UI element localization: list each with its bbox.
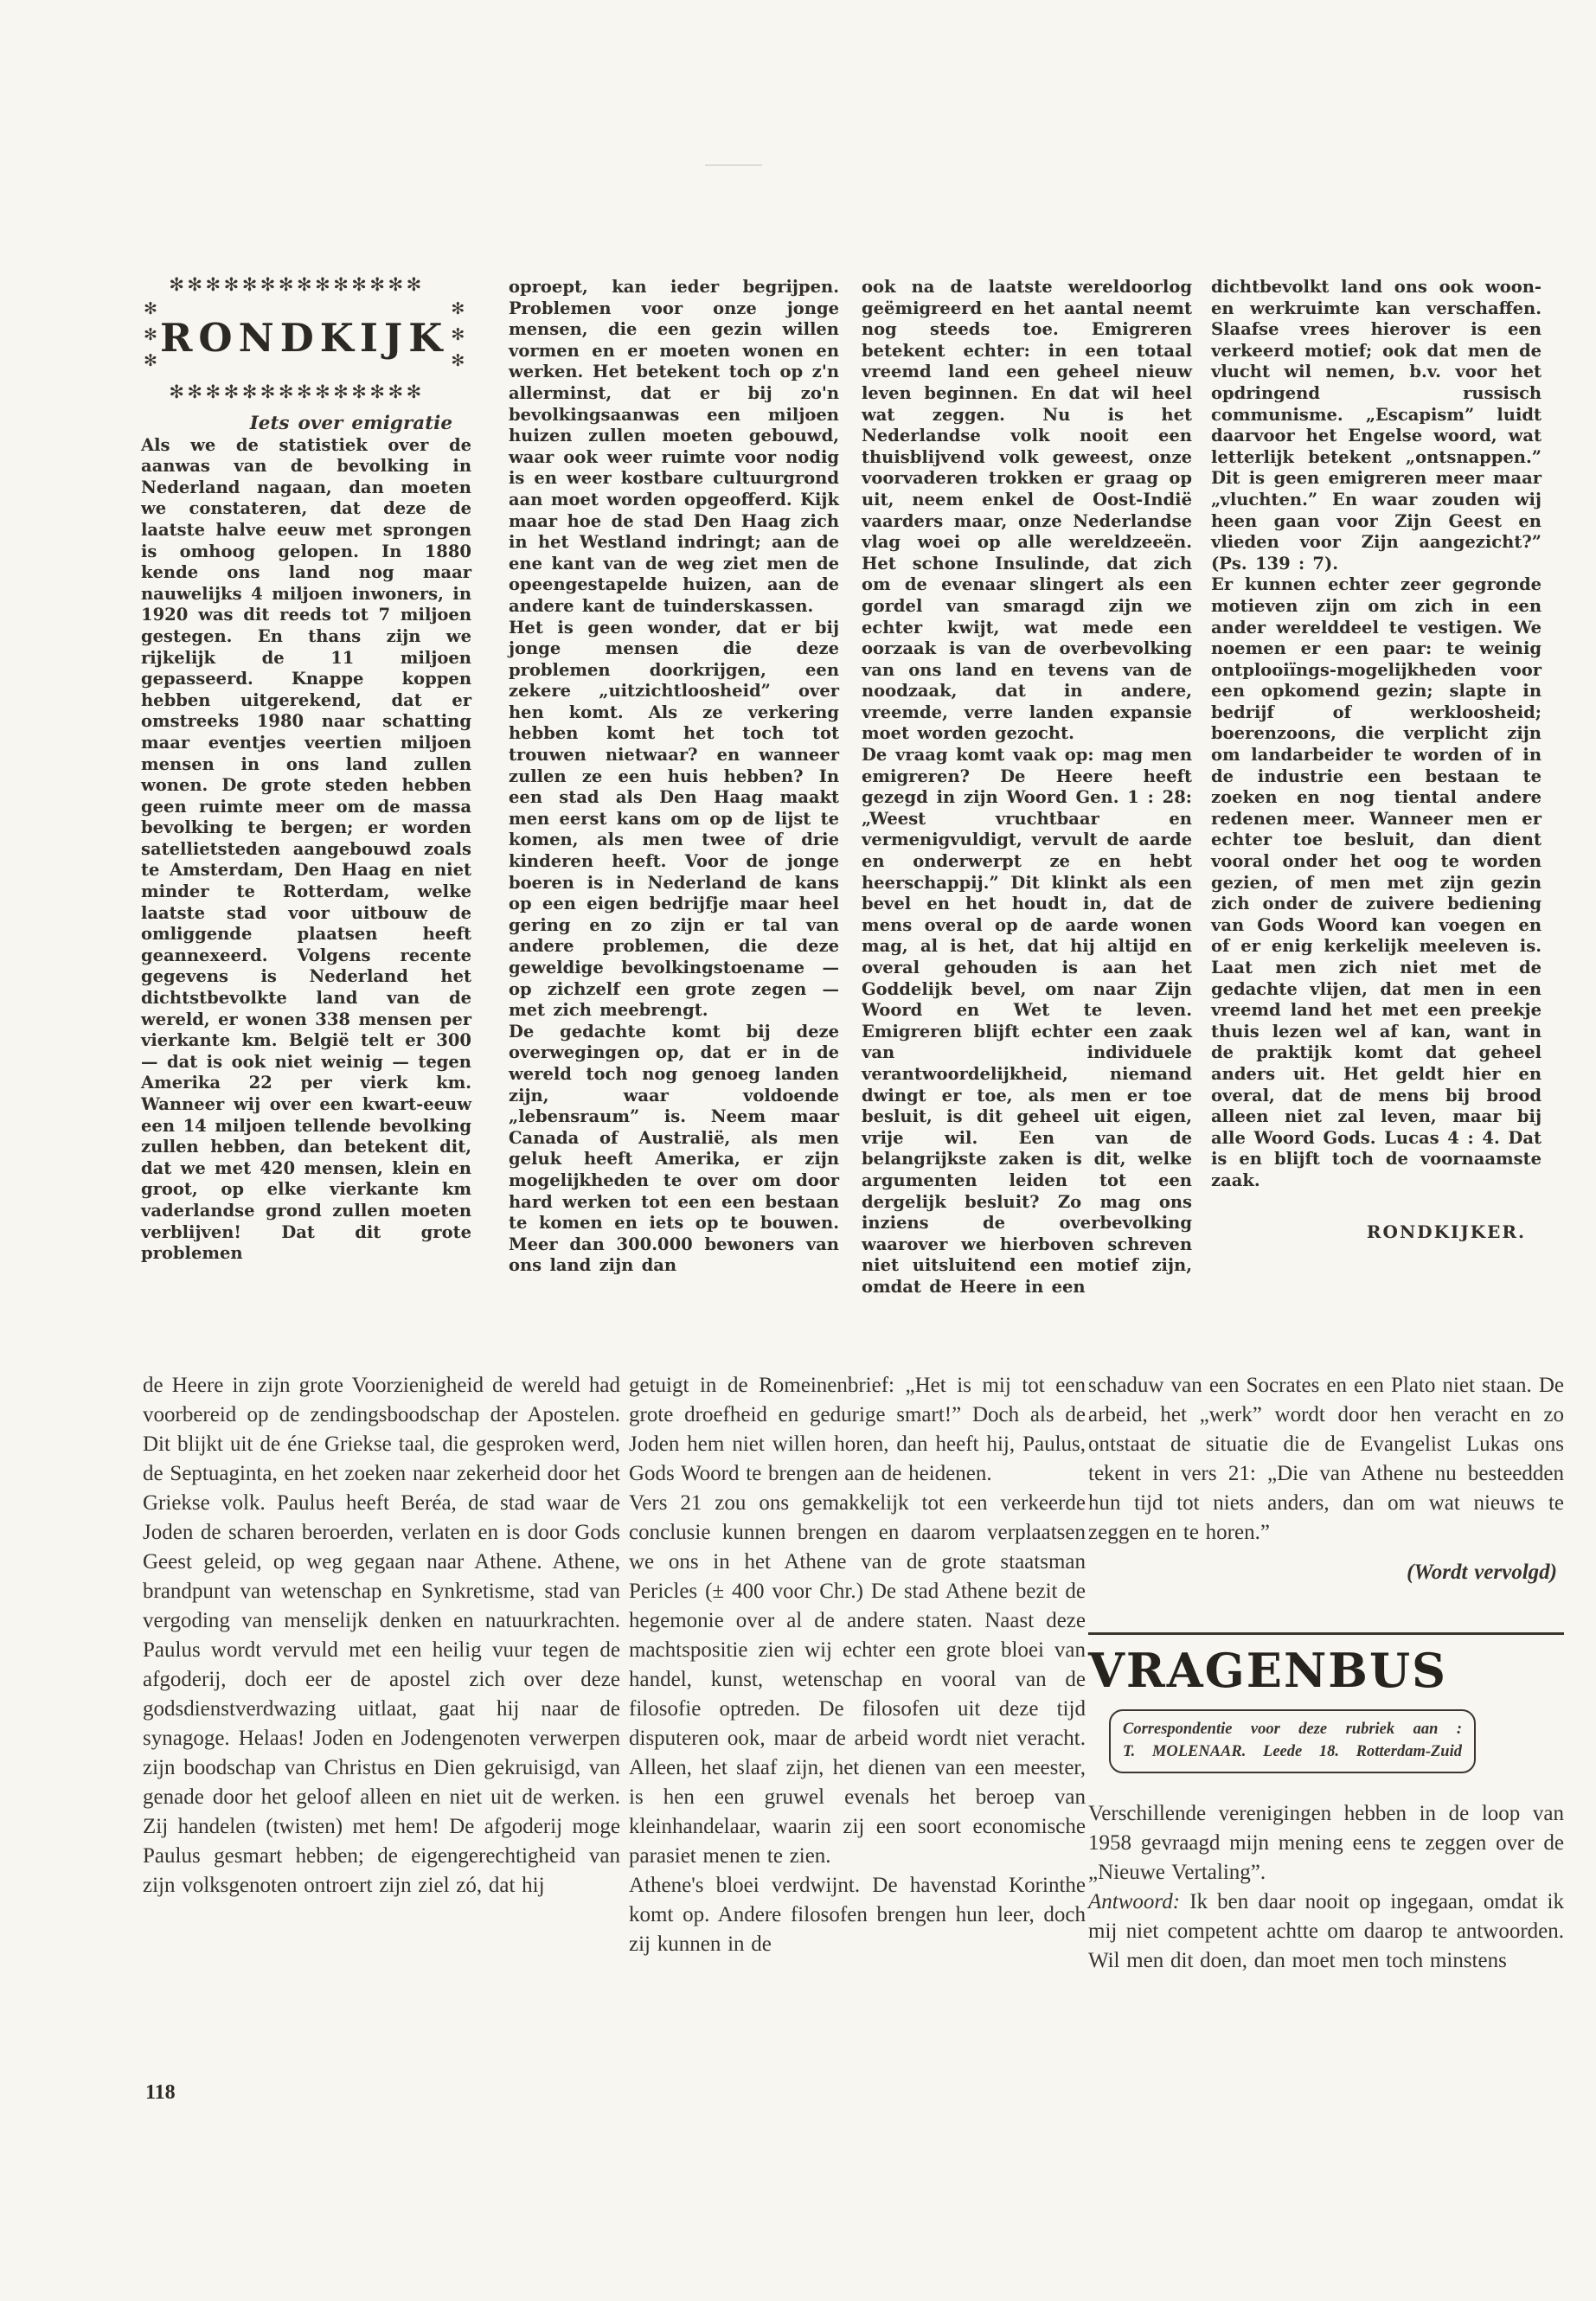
top-column-2: oproept, kan ieder begrijpen. Problemen … xyxy=(509,277,839,1277)
ornament-border-right: ✻✻✻ xyxy=(448,299,467,377)
top-column-3: ook na de laatste wereldoorlog geëmigree… xyxy=(862,277,1192,1298)
article-paragraph: oproept, kan ieder begrijpen. Problemen … xyxy=(509,277,839,618)
top-column-1: ✻✻✻✻✻✻✻✻✻✻✻✻✻✻ ✻✻✻ RONDKIJK ✻✻✻ ✻✻✻✻✻✻✻✻… xyxy=(141,275,471,1265)
ornament-border-bottom: ✻✻✻✻✻✻✻✻✻✻✻✻✻✻ xyxy=(141,382,452,401)
article-paragraph: De gedachte komt bij deze overwegingen o… xyxy=(509,1022,839,1277)
article-paragraph: Verschillende verenigingen hebben in de … xyxy=(1088,1799,1564,1888)
article-paragraph: Het is geen wonder, dat er bij jonge men… xyxy=(509,618,839,1022)
article-paragraph: De vraag komt vaak op: mag men emigreren… xyxy=(862,745,1192,1298)
article-paragraph: dichtbevolkt land ons ook woon- en werkr… xyxy=(1211,277,1542,574)
section-divider-rule xyxy=(1088,1632,1564,1635)
article-paragraph: de Heere in zijn grote Voorzienigheid de… xyxy=(143,1371,620,1900)
article-paragraph: Er kunnen echter zeer gegronde motieven … xyxy=(1211,574,1542,1191)
answer-label: Antwoord: xyxy=(1088,1890,1180,1913)
rondkijk-ornamental-box: ✻✻✻✻✻✻✻✻✻✻✻✻✻✻ ✻✻✻ RONDKIJK ✻✻✻ ✻✻✻✻✻✻✻✻… xyxy=(141,275,452,401)
bottom-column-2: getuigt in de Romeinenbrief: „Het is mij… xyxy=(629,1371,1086,1959)
correspondence-line: Correspondentie voor deze rubriek aan : xyxy=(1123,1718,1462,1740)
vragenbus-heading: VRAGENBUS xyxy=(1088,1656,1564,1685)
article-paragraph: Athene's bloei verdwijnt. De havenstad K… xyxy=(629,1871,1086,1959)
article-paragraph: Antwoord: Ik ben daar nooit op ingegaan,… xyxy=(1088,1888,1564,1976)
scan-artifact-rule xyxy=(705,164,762,166)
article-paragraph: schaduw van een Socrates en een Plato ni… xyxy=(1088,1371,1564,1548)
article-paragraph: Vers 21 zou ons gemakkelijk tot een verk… xyxy=(629,1489,1086,1871)
ornament-border-top: ✻✻✻✻✻✻✻✻✻✻✻✻✻✻ xyxy=(141,275,452,294)
page-number: 118 xyxy=(145,2081,176,2105)
bottom-column-1: de Heere in zijn grote Voorzienigheid de… xyxy=(143,1371,620,1900)
article-paragraph: ook na de laatste wereldoorlog geëmigree… xyxy=(862,277,1192,745)
article-subtitle: Iets over emigratie xyxy=(141,413,452,435)
article-paragraph: Als we de statistiek over de aanwas van … xyxy=(141,435,471,1265)
to-be-continued-note: (Wordt vervolgd) xyxy=(1088,1558,1564,1587)
article-paragraph: getuigt in de Romeinenbrief: „Het is mij… xyxy=(629,1371,1086,1489)
author-signature: RONDKIJKER. xyxy=(1211,1221,1542,1243)
ornament-border-left: ✻✻✻ xyxy=(141,299,160,377)
column-title: RONDKIJK xyxy=(160,328,448,349)
top-column-4: dichtbevolkt land ons ook woon- en werkr… xyxy=(1211,277,1542,1242)
correspondence-box: Correspondentie voor deze rubriek aan : … xyxy=(1109,1709,1476,1773)
bottom-column-3: schaduw van een Socrates en een Plato ni… xyxy=(1088,1371,1564,1976)
correspondence-line: T. MOLENAAR. Leede 18. Rotterdam-Zuid xyxy=(1123,1740,1462,1763)
